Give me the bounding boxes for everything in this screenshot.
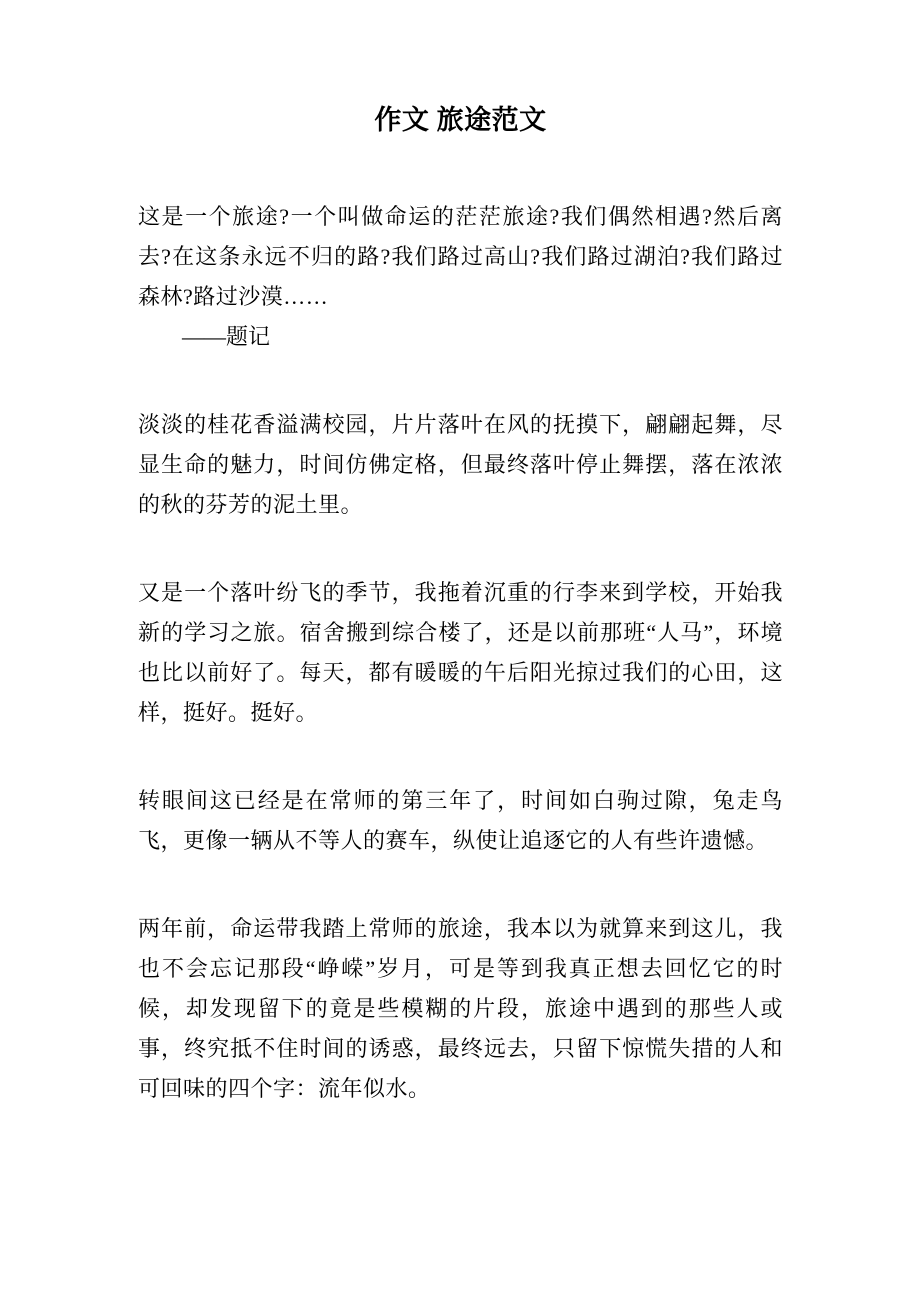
document-title: 作文 旅途范文 — [138, 101, 783, 139]
paragraph-school: 又是一个落叶纷飞的季节，我拖着沉重的行李来到学校，开始我新的学习之旅。宿舍搬到综… — [138, 573, 783, 733]
epigraph-line: ——题记 — [138, 317, 783, 357]
paragraph-intro: 这是一个旅途?一个叫做命运的茫茫旅途?我们偶然相遇?然后离去?在这条永远不归的路… — [138, 197, 783, 317]
paragraph-memories: 两年前，命运带我踏上常师的旅途，我本以为就算来到这儿，我也不会忘记那段“峥嵘”岁… — [138, 909, 783, 1109]
paragraph-autumn: 淡淡的桂花香溢满校园，片片落叶在风的抚摸下，翩翩起舞，尽显生命的魅力，时间仿佛定… — [138, 405, 783, 525]
paragraph-third-year: 转眼间这已经是在常师的第三年了，时间如白驹过隙，兔走鸟飞，更像一辆从不等人的赛车… — [138, 781, 783, 861]
document-page: 作文 旅途范文 这是一个旅途?一个叫做命运的茫茫旅途?我们偶然相遇?然后离去?在… — [0, 0, 920, 1302]
